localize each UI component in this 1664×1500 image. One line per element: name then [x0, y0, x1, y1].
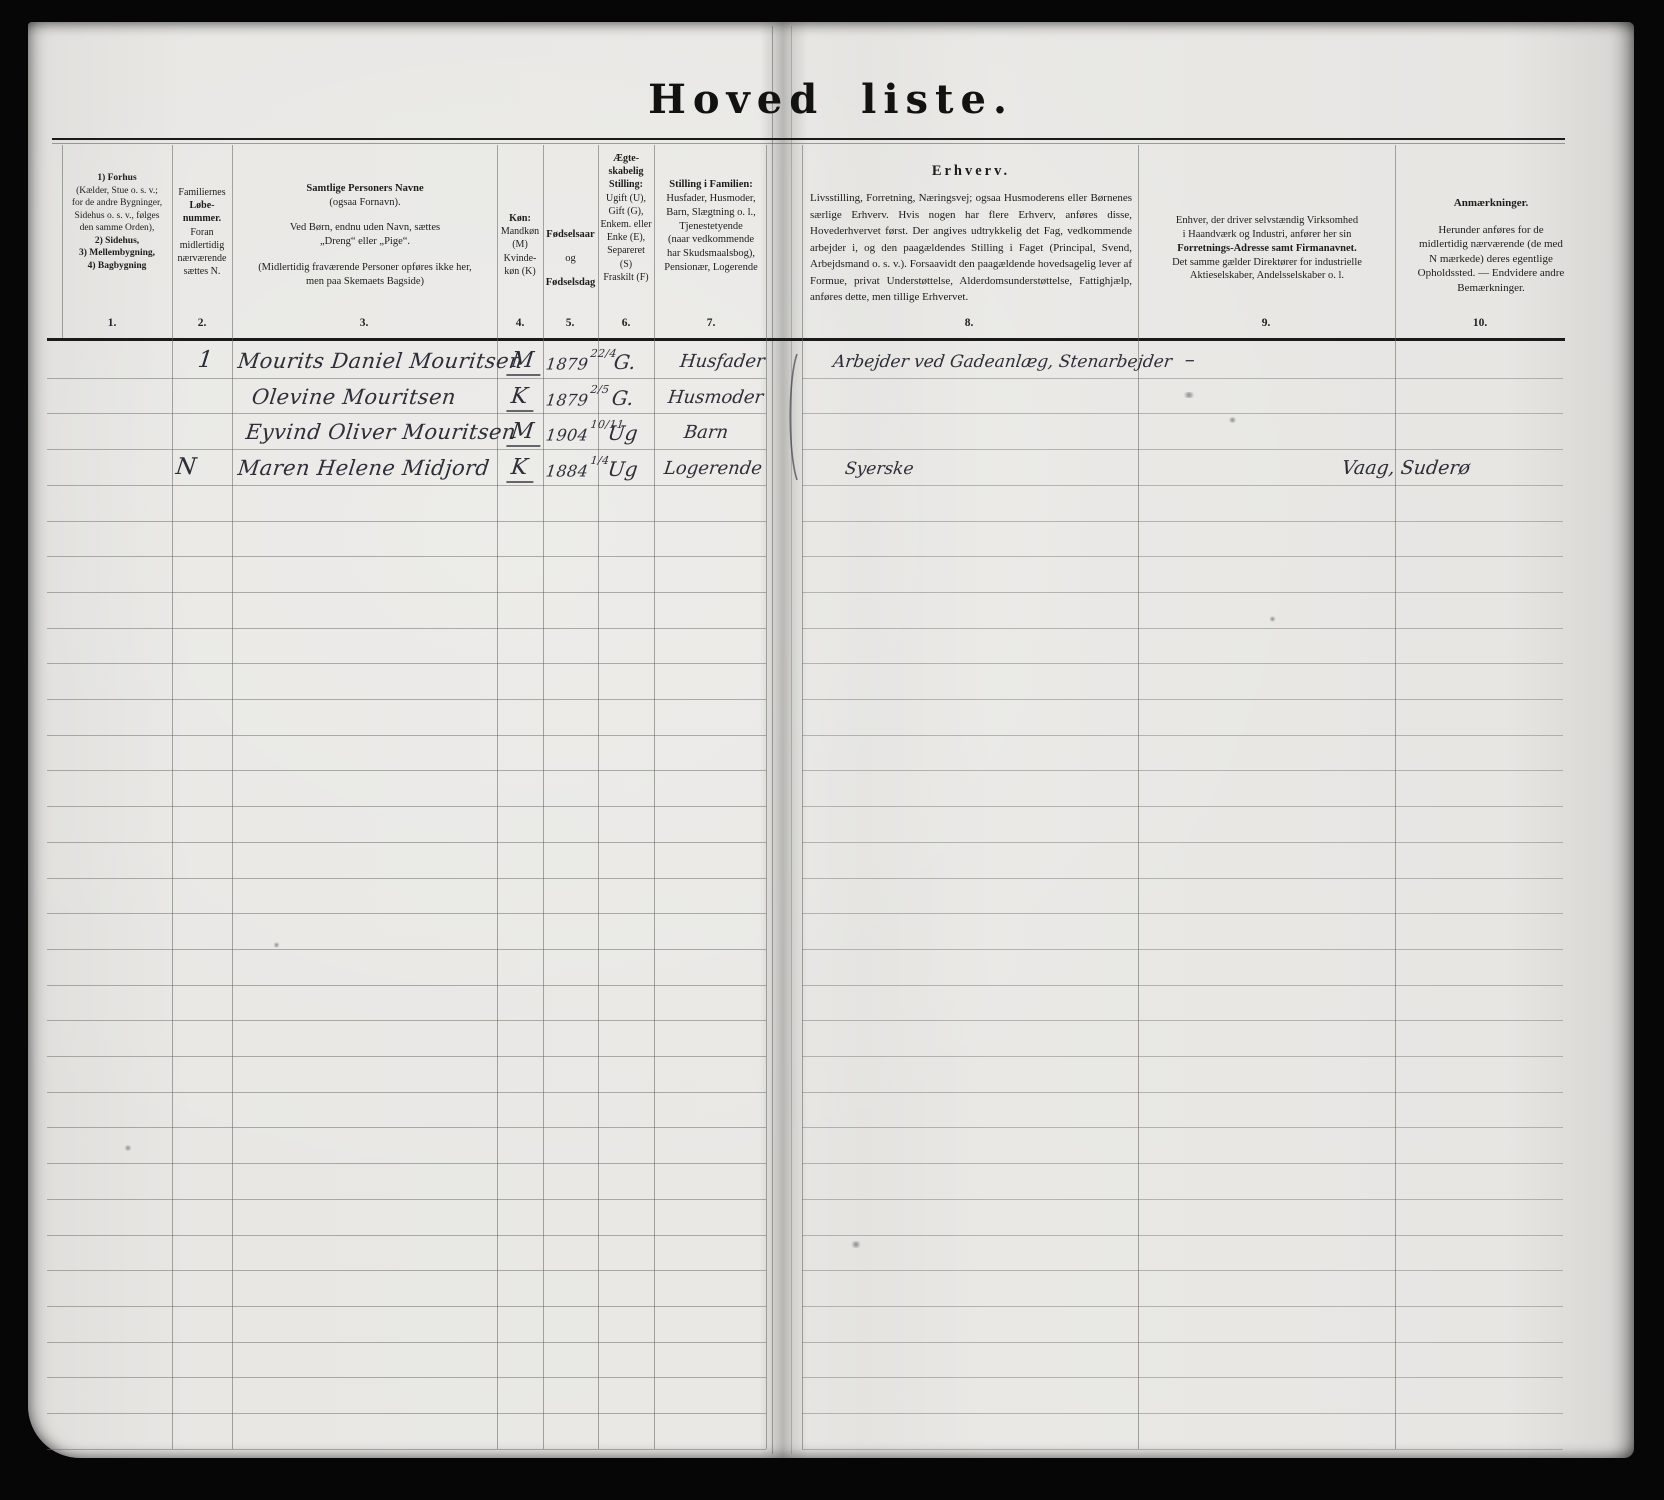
header-line: 3) Mellembygning, — [64, 247, 170, 260]
header-line: midlertidig — [174, 239, 230, 252]
header-line: Løbe- — [174, 199, 230, 212]
header-line: Bemærkninger. — [1398, 281, 1584, 296]
column-header-forretnings-adresse: Enhver, der driver selvstændig Virksomhe… — [1144, 214, 1390, 283]
header-line: Det samme gælder Direktører for industri… — [1144, 256, 1390, 270]
ruled-row-line — [47, 1377, 766, 1378]
header-line: Samtlige Personers Navne — [240, 182, 490, 196]
header-line: og — [545, 252, 596, 266]
ruled-row-line — [47, 1127, 766, 1128]
ruled-row-line — [802, 699, 1563, 700]
ruled-row-line — [47, 663, 766, 664]
column-header-aegteskabelig-stilling: Ægte-skabeligStilling:Ugift (U),Gift (G)… — [600, 152, 652, 284]
ruled-row-line — [802, 1377, 1563, 1378]
grid-vline — [62, 145, 63, 338]
census-entry-row: Eyvind Oliver Mouritsen M 190410/11 Ug B… — [0, 416, 1664, 452]
census-entry-row: N Maren Helene Midjord K 18841/4 Ug Loge… — [0, 452, 1664, 488]
header-line: Pensionær, Logerende — [658, 261, 764, 275]
ruled-row-line — [47, 1306, 766, 1307]
ruled-row-line — [802, 556, 1563, 557]
header-line: (M) — [499, 238, 541, 251]
header-line: Familiernes — [174, 186, 230, 199]
entry-family-number: 1 — [196, 347, 214, 373]
ruled-row-line — [47, 1163, 766, 1164]
header-line: Husfader, Husmoder, — [658, 192, 764, 206]
ruled-row-line — [47, 806, 766, 807]
ruled-row-line — [802, 1342, 1563, 1343]
ruled-row-line — [802, 985, 1563, 986]
column-header-forhus: 1) Forhus(Kælder, Stue o. s. v.;for de a… — [64, 172, 170, 272]
ruled-row-line — [47, 842, 766, 843]
header-line: Opholdssted. — Endvidere andre — [1398, 266, 1584, 281]
entry-birth-year: 1884 — [545, 461, 590, 480]
census-entry-row: Olevine Mouritsen K 18792/5 G. Husmoder — [0, 381, 1664, 417]
header-line: Fødselsaar — [545, 228, 596, 242]
entry-business-address: – — [1184, 347, 1197, 371]
header-line: 4) Bagbygning — [64, 260, 170, 273]
ruled-row-line — [802, 521, 1563, 522]
ruled-row-line — [802, 1020, 1563, 1021]
ruled-row-line — [47, 1020, 766, 1021]
header-line: Sidehus o. s. v., følges — [64, 210, 170, 223]
entry-family-position: Barn — [683, 422, 730, 443]
header-line: N mærkede) deres egentlige — [1398, 252, 1584, 267]
ruled-row-line — [802, 592, 1563, 593]
entry-birth-day-month: 1/4 — [590, 454, 611, 467]
header-line: Enhver, der driver selvstændig Virksomhe… — [1144, 214, 1390, 228]
header-line: køn (K) — [499, 265, 541, 278]
header-line: (S) — [600, 258, 652, 271]
ruled-row-line — [802, 1413, 1563, 1414]
grid-vline — [654, 145, 655, 1449]
entry-marital-status: Ug — [607, 457, 640, 481]
ruled-row-line — [47, 1092, 766, 1093]
entry-family-position: Husfader — [679, 351, 766, 372]
header-line: nummer. — [174, 212, 230, 225]
column-number-2: 2. — [180, 317, 224, 329]
header-line: Anmærkninger. — [1398, 196, 1584, 211]
fold-line — [791, 26, 792, 1454]
header-line: men paa Skemaets Bagside) — [240, 275, 490, 289]
ruled-row-line — [802, 1092, 1563, 1093]
entry-marital-status: G. — [613, 350, 638, 374]
scanned-census-page: Hoved liste. 1) Forhus(Kælder, Stue o. s… — [0, 0, 1664, 1500]
header-line: Herunder anføres for de — [1398, 223, 1584, 238]
ruled-row-line — [47, 1342, 766, 1343]
ink-smudge — [1182, 392, 1196, 398]
header-line — [240, 210, 490, 222]
ruled-row-line — [802, 1235, 1563, 1236]
header-line: (Midlertidig fraværende Personer opføres… — [240, 261, 490, 275]
header-line: „Dreng“ eller „Pige“. — [240, 235, 490, 249]
column-number-10: 10. — [1458, 317, 1502, 329]
entry-marital-status: G. — [611, 386, 636, 410]
header-line: nærværende — [174, 252, 230, 265]
ruled-row-line — [47, 770, 766, 771]
header-line: Mandkøn — [499, 225, 541, 238]
header-line: den samme Orden), — [64, 222, 170, 235]
column-header-foedsel: FødselsaarogFødselsdag — [545, 228, 596, 300]
ruled-row-line — [47, 913, 766, 914]
header-line: Ægte- — [600, 152, 652, 165]
header-line: Enke (E), — [600, 231, 652, 244]
column-header-anmaerkninger: Anmærkninger.Herunder anføres for demidl… — [1398, 196, 1584, 295]
header-bottom-rule — [47, 338, 1565, 341]
ruled-row-line — [47, 1449, 766, 1450]
entry-birth-day-month: 2/5 — [590, 383, 611, 396]
ink-smudge — [1228, 417, 1237, 423]
ruled-row-line — [802, 913, 1563, 914]
header-line: Ved Børn, endnu uden Navn, sættes — [240, 221, 490, 235]
census-entry-row: 1 Mourits Daniel Mouritsen M 187922/4 G.… — [0, 345, 1664, 381]
ruled-row-line — [47, 556, 766, 557]
entry-family-position: Husmoder — [667, 387, 765, 408]
header-line: Køn: — [499, 212, 541, 225]
header-line: Tjenestetyende — [658, 220, 764, 234]
ink-smudge — [1269, 616, 1276, 622]
entry-sex: K — [506, 384, 537, 412]
ruled-row-line — [802, 1270, 1563, 1271]
ink-smudge — [850, 1241, 862, 1248]
header-line: Barn, Slægtning o. l., — [658, 206, 764, 220]
header-line: Fødselsdag — [545, 276, 596, 290]
header-line: skabelig — [600, 165, 652, 178]
entry-name: Olevine Mouritsen — [251, 385, 458, 409]
entry-birthdate: 18841/4 — [545, 460, 610, 480]
header-line: har Skudsmaalsbog), — [658, 247, 764, 261]
ruled-row-line — [47, 1056, 766, 1057]
grid-vline — [766, 145, 767, 1449]
header-line: Gift (G), — [600, 205, 652, 218]
header-line — [240, 249, 490, 261]
header-line: Livsstilling, Forretning, Næringsvej; og… — [810, 190, 1132, 306]
book-fold-gutter — [760, 22, 808, 1458]
ruled-row-line — [47, 628, 766, 629]
column-number-6: 6. — [604, 317, 648, 329]
entry-name: Maren Helene Midjord — [237, 456, 491, 480]
ruled-row-line — [802, 949, 1563, 950]
ruled-row-line — [802, 1199, 1563, 1200]
entry-remarks: Vaag, Suderø — [1341, 457, 1472, 479]
header-line: (ogsaa Fornavn). — [240, 196, 490, 210]
column-number-5: 5. — [548, 317, 592, 329]
entry-sex: K — [506, 455, 537, 483]
grid-vline — [543, 145, 544, 1449]
header-line: Ugift (U), — [600, 192, 652, 205]
header-line: (naar vedkommende — [658, 233, 764, 247]
ink-smudge — [273, 942, 280, 948]
entry-birthdate: 187922/4 — [545, 353, 617, 373]
ruled-row-line — [802, 663, 1563, 664]
grid-vline — [232, 145, 233, 1449]
ruled-row-line — [802, 1163, 1563, 1164]
ruled-row-line — [47, 735, 766, 736]
column-header-koen: Køn:Mandkøn(M)Kvinde-køn (K) — [499, 212, 541, 278]
fold-line — [772, 26, 773, 1454]
ruled-row-line — [47, 878, 766, 879]
entry-name: Eyvind Oliver Mouritsen — [245, 420, 518, 444]
ink-brace — [786, 352, 800, 482]
page-title: Hoved liste. — [28, 76, 1634, 123]
entry-marital-status: Ug — [607, 421, 640, 445]
header-line: Forretnings-Adresse samt Firmanavnet. — [1144, 242, 1390, 256]
column-number-8: 8. — [947, 317, 991, 329]
ruled-row-line — [802, 1056, 1563, 1057]
header-line: Fraskilt (F) — [600, 271, 652, 284]
ink-smudge — [124, 1145, 132, 1151]
grid-vline — [802, 145, 803, 1449]
header-line: Separeret — [600, 244, 652, 257]
header-line: for de andre Bygninger, — [64, 197, 170, 210]
header-line: Stilling: — [600, 178, 652, 191]
ruled-row-line — [802, 1306, 1563, 1307]
entry-birthdate: 18792/5 — [545, 389, 610, 409]
ruled-row-line — [802, 806, 1563, 807]
column-header-stilling-i-familien: Stilling i Familien:Husfader, Husmoder,B… — [658, 178, 764, 275]
entry-sex: M — [506, 348, 543, 376]
ruled-row-line — [47, 949, 766, 950]
grid-vline — [1395, 145, 1396, 1449]
ruled-row-line — [802, 878, 1563, 879]
header-line: i Haandværk og Industri, anfører her sin — [1144, 228, 1390, 242]
ruled-row-line — [802, 842, 1563, 843]
ruled-row-line — [47, 521, 766, 522]
header-line: Erhverv. — [810, 162, 1132, 181]
header-line: Enkem. eller — [600, 218, 652, 231]
ruled-row-line — [802, 770, 1563, 771]
header-line: 2) Sidehus, — [64, 235, 170, 248]
entry-name: Mourits Daniel Mouritsen — [237, 349, 525, 373]
header-line: (Kælder, Stue o. s. v.; — [64, 185, 170, 198]
column-number-1: 1. — [90, 317, 134, 329]
column-number-9: 9. — [1244, 317, 1288, 329]
title-rule — [52, 138, 1565, 140]
ruled-row-line — [47, 1413, 766, 1414]
column-number-3: 3. — [342, 317, 386, 329]
entry-birth-year: 1904 — [545, 425, 590, 444]
ruled-row-line — [802, 1449, 1563, 1450]
entry-family-position: Logerende — [663, 458, 764, 479]
ruled-row-line — [47, 1235, 766, 1236]
title-rule-thin — [52, 143, 1565, 144]
ruled-row-line — [802, 628, 1563, 629]
column-number-4: 4. — [498, 317, 542, 329]
entry-occupation: Syerske — [844, 459, 915, 479]
column-header-loebenummer: FamiliernesLøbe-nummer.Foranmidlertidign… — [174, 186, 230, 278]
column-number-7: 7. — [689, 317, 733, 329]
header-line: Stilling i Familien: — [658, 178, 764, 192]
entry-occupation: Arbejder ved Gadeanlæg, Stenarbejder — [832, 352, 1173, 372]
grid-vline — [172, 145, 173, 1449]
grid-vline — [1138, 145, 1139, 1449]
header-line: 1) Forhus — [64, 172, 170, 185]
grid-vline — [598, 145, 599, 1449]
header-line: Aktieselskaber, Andelsselskaber o. l. — [1144, 269, 1390, 283]
header-line: Kvinde- — [499, 252, 541, 265]
header-line: sættes N. — [174, 265, 230, 278]
ruled-row-line — [47, 592, 766, 593]
header-line: midlertidig nærværende (de med — [1398, 237, 1584, 252]
entry-family-number: N — [174, 454, 197, 480]
ruled-row-line — [47, 699, 766, 700]
grid-vline — [497, 145, 498, 1449]
ruled-row-line — [47, 985, 766, 986]
header-line: Foran — [174, 226, 230, 239]
entry-birth-year: 1879 — [545, 390, 590, 409]
column-header-erhverv: Erhverv.Livsstilling, Forretning, Næring… — [810, 162, 1132, 306]
ruled-row-line — [802, 735, 1563, 736]
ruled-row-line — [47, 1199, 766, 1200]
ruled-row-line — [802, 1127, 1563, 1128]
ruled-row-line — [47, 1270, 766, 1271]
entry-sex: M — [506, 419, 543, 447]
header-line — [1398, 211, 1584, 223]
column-header-navne: Samtlige Personers Navne(ogsaa Fornavn).… — [240, 182, 490, 289]
entry-birth-year: 1879 — [545, 354, 590, 373]
